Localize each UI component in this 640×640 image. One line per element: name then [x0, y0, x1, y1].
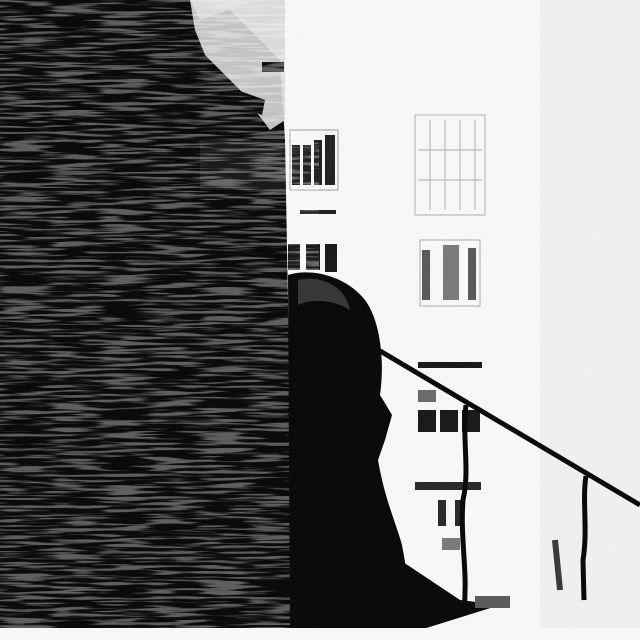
bw-photograph: [0, 0, 640, 640]
film-grain: [0, 0, 640, 640]
